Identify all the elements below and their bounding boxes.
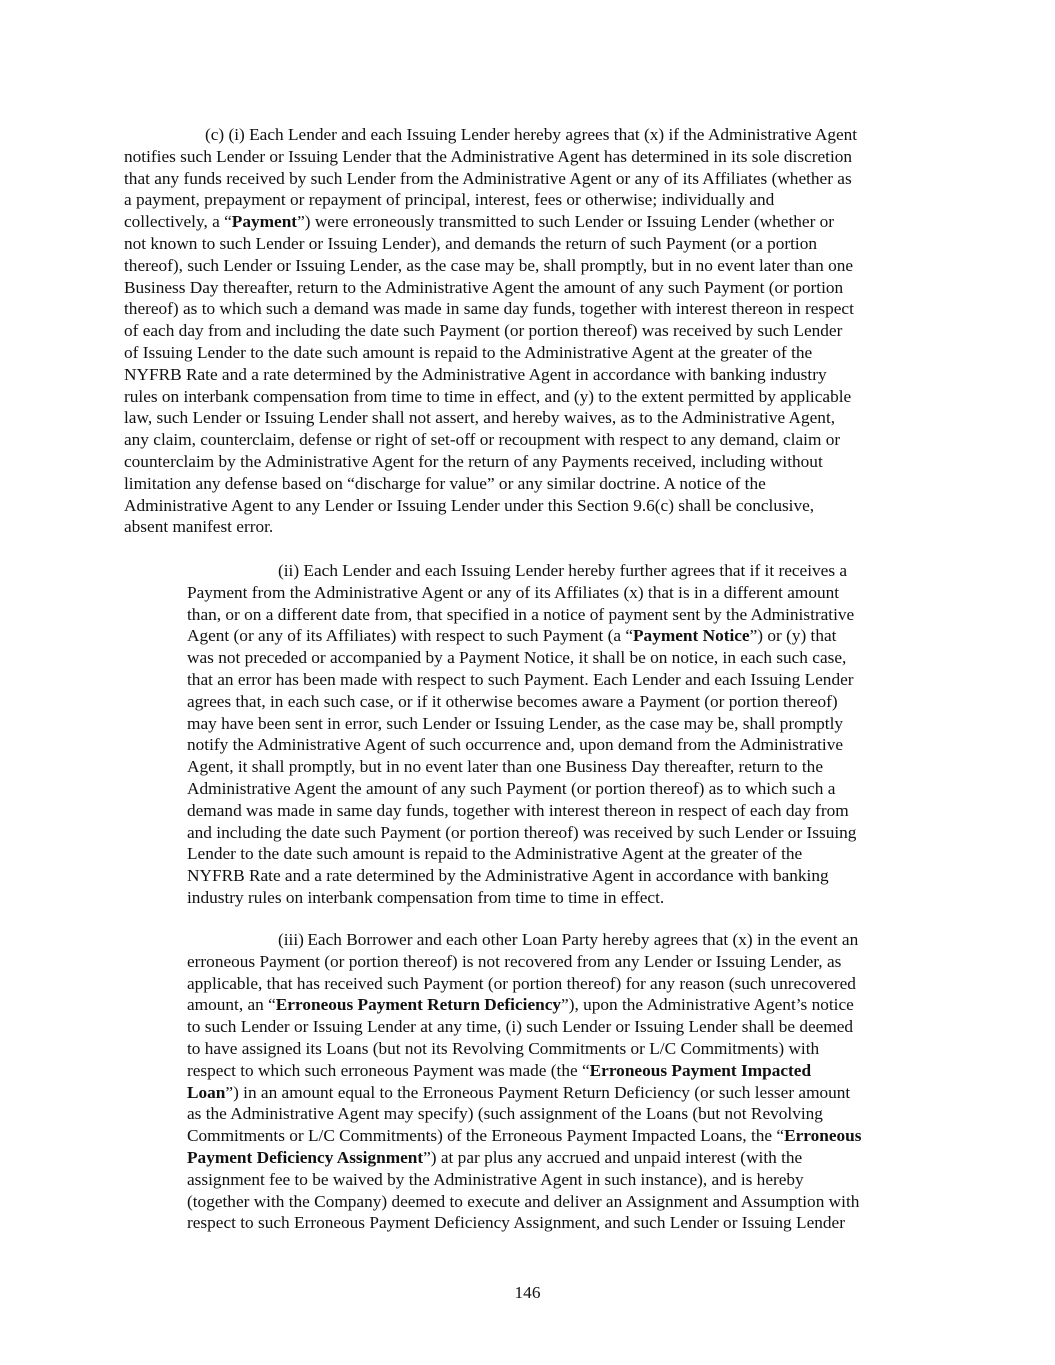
text-segment: not known to such Lender or Issuing Lend…	[124, 234, 817, 253]
defined-term: Loan	[187, 1083, 225, 1102]
text-segment: Payment from the Administrative Agent or…	[187, 583, 839, 602]
text-line: assignment fee to be waived by the Admin…	[187, 1169, 935, 1191]
text-segment: (c) (i) Each Lender and each Issuing Len…	[205, 125, 857, 144]
text-segment: as the Administrative Agent may specify)…	[187, 1104, 823, 1123]
page-number: 146	[0, 1282, 1055, 1304]
text-segment: ”) were erroneously transmitted to such …	[297, 212, 834, 231]
text-segment: was not preceded or accompanied by a Pay…	[187, 648, 846, 667]
text-line: (c) (i) Each Lender and each Issuing Len…	[124, 124, 932, 146]
text-segment: Agent (or any of its Affiliates) with re…	[187, 626, 633, 645]
text-segment: ”) or (y) that	[750, 626, 837, 645]
text-line: Business Day thereafter, return to the A…	[124, 277, 932, 299]
paragraph-section-c: (c) (i) Each Lender and each Issuing Len…	[124, 124, 932, 538]
text-segment: limitation any defense based on “dischar…	[124, 474, 766, 493]
defined-term: Erroneous Payment Impacted	[590, 1061, 811, 1080]
text-segment: any claim, counterclaim, defense or righ…	[124, 430, 840, 449]
text-line: industry rules on interbank compensation…	[187, 887, 935, 909]
text-segment: demand was made in same day funds, toget…	[187, 801, 849, 820]
text-segment: Administrative Agent to any Lender or Is…	[124, 496, 814, 515]
text-segment: (ii) Each Lender and each Issuing Lender…	[278, 561, 847, 580]
text-line: applicable, that has received such Payme…	[187, 973, 935, 995]
text-segment: rules on interbank compensation from tim…	[124, 387, 851, 406]
text-segment: assignment fee to be waived by the Admin…	[187, 1170, 804, 1189]
text-line: law, such Lender or Issuing Lender shall…	[124, 407, 932, 429]
document-page: (c) (i) Each Lender and each Issuing Len…	[0, 0, 1055, 1365]
text-line: any claim, counterclaim, defense or righ…	[124, 429, 932, 451]
defined-term: Erroneous	[784, 1126, 861, 1145]
text-segment: applicable, that has received such Payme…	[187, 974, 856, 993]
defined-term: Erroneous Payment Return Deficiency	[276, 995, 561, 1014]
text-line: that an error has been made with respect…	[187, 669, 935, 691]
text-segment: notify the Administrative Agent of such …	[187, 735, 843, 754]
text-line: was not preceded or accompanied by a Pay…	[187, 647, 935, 669]
text-segment: ”) at par plus any accrued and unpaid in…	[423, 1148, 802, 1167]
text-segment: ”) in an amount equal to the Erroneous P…	[225, 1083, 850, 1102]
text-line: Administrative Agent the amount of any s…	[187, 778, 935, 800]
text-line: may have been sent in error, such Lender…	[187, 713, 935, 735]
text-segment: than, or on a different date from, that …	[187, 605, 854, 624]
defined-term: Payment	[232, 212, 297, 231]
text-segment: amount, an “	[187, 995, 276, 1014]
text-line: and including the date such Payment (or …	[187, 822, 935, 844]
text-segment: erroneous Payment (or portion thereof) i…	[187, 952, 841, 971]
text-line: collectively, a “Payment”) were erroneou…	[124, 211, 932, 233]
defined-term: Payment Deficiency Assignment	[187, 1148, 423, 1167]
text-segment: of each day from and including the date …	[124, 321, 842, 340]
text-line: NYFRB Rate and a rate determined by the …	[124, 364, 932, 386]
text-line: erroneous Payment (or portion thereof) i…	[187, 951, 935, 973]
text-segment: counterclaim by the Administrative Agent…	[124, 452, 823, 471]
text-line: Loan”) in an amount equal to the Erroneo…	[187, 1082, 935, 1104]
text-segment: respect to which such erroneous Payment …	[187, 1061, 590, 1080]
text-line: respect to such Erroneous Payment Defici…	[187, 1212, 935, 1234]
text-line: to have assigned its Loans (but not its …	[187, 1038, 935, 1060]
text-segment: respect to such Erroneous Payment Defici…	[187, 1213, 845, 1232]
text-line: that any funds received by such Lender f…	[124, 168, 932, 190]
defined-term: Payment Notice	[633, 626, 750, 645]
text-line: than, or on a different date from, that …	[187, 604, 935, 626]
text-line: of each day from and including the date …	[124, 320, 932, 342]
text-segment: absent manifest error.	[124, 517, 273, 536]
text-line: a payment, prepayment or repayment of pr…	[124, 189, 932, 211]
text-line: notify the Administrative Agent of such …	[187, 734, 935, 756]
text-line: NYFRB Rate and a rate determined by the …	[187, 865, 935, 887]
text-segment: that any funds received by such Lender f…	[124, 169, 852, 188]
text-line: (ii) Each Lender and each Issuing Lender…	[187, 560, 935, 582]
text-segment: thereof) as to which such a demand was m…	[124, 299, 854, 318]
text-segment: that an error has been made with respect…	[187, 670, 854, 689]
text-line: respect to which such erroneous Payment …	[187, 1060, 935, 1082]
text-segment: Agent, it shall promptly, but in no even…	[187, 757, 823, 776]
text-segment: collectively, a “	[124, 212, 232, 231]
text-segment: law, such Lender or Issuing Lender shall…	[124, 408, 835, 427]
text-line: thereof) as to which such a demand was m…	[124, 298, 932, 320]
text-line: agrees that, in each such case, or if it…	[187, 691, 935, 713]
text-line: Payment from the Administrative Agent or…	[187, 582, 935, 604]
text-segment: notifies such Lender or Issuing Lender t…	[124, 147, 852, 166]
text-segment: to have assigned its Loans (but not its …	[187, 1039, 819, 1058]
text-line: limitation any defense based on “dischar…	[124, 473, 932, 495]
text-line: Agent (or any of its Affiliates) with re…	[187, 625, 935, 647]
text-segment: a payment, prepayment or repayment of pr…	[124, 190, 774, 209]
paragraph-section-iii: (iii) Each Borrower and each other Loan …	[187, 929, 935, 1234]
text-segment: Commitments or L/C Commitments) of the E…	[187, 1126, 784, 1145]
text-line: absent manifest error.	[124, 516, 932, 538]
text-line: as the Administrative Agent may specify)…	[187, 1103, 935, 1125]
text-segment: agrees that, in each such case, or if it…	[187, 692, 838, 711]
text-line: not known to such Lender or Issuing Lend…	[124, 233, 932, 255]
text-segment: Lender to the date such amount is repaid…	[187, 844, 802, 863]
text-line: Administrative Agent to any Lender or Is…	[124, 495, 932, 517]
text-segment: ”), upon the Administrative Agent’s noti…	[561, 995, 854, 1014]
text-line: Commitments or L/C Commitments) of the E…	[187, 1125, 935, 1147]
text-segment: to such Lender or Issuing Lender at any …	[187, 1017, 853, 1036]
text-line: rules on interbank compensation from tim…	[124, 386, 932, 408]
text-segment: and including the date such Payment (or …	[187, 823, 856, 842]
text-line: of Issuing Lender to the date such amoun…	[124, 342, 932, 364]
text-segment: thereof), such Lender or Issuing Lender,…	[124, 256, 853, 275]
text-line: Payment Deficiency Assignment”) at par p…	[187, 1147, 935, 1169]
text-line: (together with the Company) deemed to ex…	[187, 1191, 935, 1213]
text-segment: Administrative Agent the amount of any s…	[187, 779, 835, 798]
text-line: demand was made in same day funds, toget…	[187, 800, 935, 822]
text-line: thereof), such Lender or Issuing Lender,…	[124, 255, 932, 277]
text-line: notifies such Lender or Issuing Lender t…	[124, 146, 932, 168]
text-line: counterclaim by the Administrative Agent…	[124, 451, 932, 473]
text-segment: Business Day thereafter, return to the A…	[124, 278, 843, 297]
text-line: amount, an “Erroneous Payment Return Def…	[187, 994, 935, 1016]
text-segment: NYFRB Rate and a rate determined by the …	[187, 866, 829, 885]
text-line: Lender to the date such amount is repaid…	[187, 843, 935, 865]
text-segment: (iii) Each Borrower and each other Loan …	[278, 930, 858, 949]
text-segment: industry rules on interbank compensation…	[187, 888, 664, 907]
paragraph-section-ii: (ii) Each Lender and each Issuing Lender…	[187, 560, 935, 909]
text-segment: may have been sent in error, such Lender…	[187, 714, 843, 733]
text-segment: (together with the Company) deemed to ex…	[187, 1192, 859, 1211]
text-segment: of Issuing Lender to the date such amoun…	[124, 343, 812, 362]
text-line: Agent, it shall promptly, but in no even…	[187, 756, 935, 778]
text-segment: NYFRB Rate and a rate determined by the …	[124, 365, 827, 384]
text-line: (iii) Each Borrower and each other Loan …	[187, 929, 935, 951]
text-line: to such Lender or Issuing Lender at any …	[187, 1016, 935, 1038]
